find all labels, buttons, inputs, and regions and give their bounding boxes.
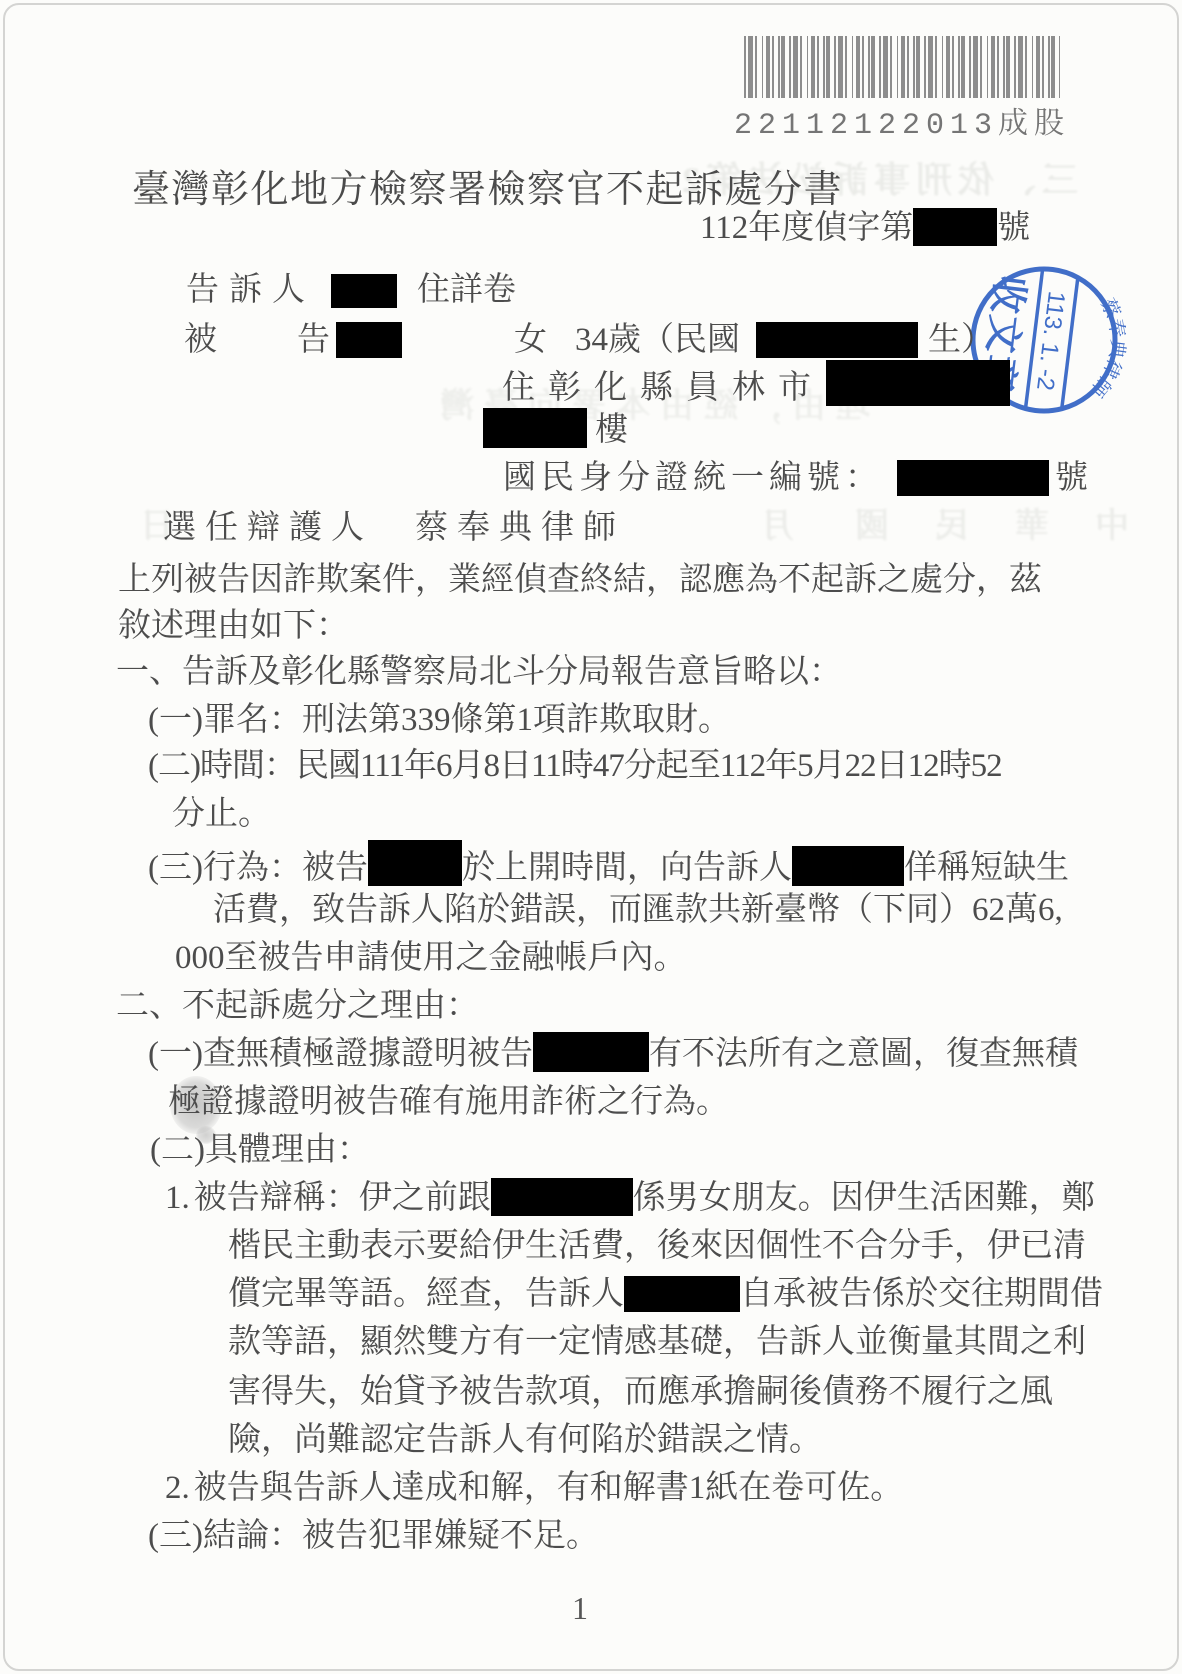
bleed-through-text: 月 bbox=[760, 498, 794, 547]
case-number-line: 112年度偵字第號 bbox=[700, 206, 1030, 250]
text-segment: 楷民主動表示要給伊生活費，後來因個性不合分手，伊已清 bbox=[228, 1228, 1086, 1264]
defendant-address-line: 住彰化縣員林市 bbox=[502, 360, 1010, 410]
text-segment: 活費，致告訴人陷於錯誤，而匯款共新臺幣（下同）62萬6, bbox=[213, 892, 1063, 928]
body-line: 二、不起訴處分之理由： bbox=[116, 984, 479, 1028]
bleed-through-text: 國 bbox=[855, 498, 889, 547]
text-segment: 被告辯稱：伊之前跟 bbox=[194, 1180, 491, 1216]
spacer bbox=[740, 349, 756, 350]
text-segment: 住彰化縣員林市 bbox=[502, 370, 824, 406]
redaction-box bbox=[483, 408, 587, 448]
text-segment: (二)時間：民國111年6月8日11時47分起至112年5月22日12時52 bbox=[148, 748, 1002, 784]
redaction-box bbox=[897, 460, 1049, 496]
text-segment: 112年度偵字第 bbox=[700, 210, 913, 246]
redaction-box bbox=[331, 274, 397, 308]
defendant-line: 被告女34歲（民國生） bbox=[184, 318, 994, 362]
body-line: (一)查無積極證據證明被告有不法所有之意圖，復查無積 bbox=[148, 1032, 1078, 1076]
text-segment: 償完畢等語。經查，告訴人 bbox=[228, 1276, 624, 1312]
text-segment: 樓 bbox=[595, 412, 628, 448]
text-segment: 係男女朋友。因伊生活困難，鄭 bbox=[633, 1180, 1095, 1216]
text-segment: (一)罪名：刑法第339條第1項詐欺取財。 bbox=[148, 702, 731, 738]
text-segment: 被告與告訴人達成和解，有和解書1紙在卷可佐。 bbox=[194, 1470, 904, 1506]
body-line: 極證據證明被告確有施用詐術之行為。 bbox=[168, 1080, 729, 1124]
text-segment: 蔡奉典律師 bbox=[415, 510, 625, 546]
text-segment: 號 bbox=[1055, 460, 1088, 496]
redaction-box bbox=[826, 360, 1010, 406]
text-segment: 被 bbox=[184, 322, 217, 358]
text-segment: 款等語，顯然雙方有一定情感基礎，告訴人並衡量其間之利 bbox=[228, 1324, 1086, 1360]
body-line: 險，尚難認定告訴人有何陷於錯誤之情。 bbox=[228, 1418, 822, 1462]
defendant-address-line-2: 樓 bbox=[483, 408, 628, 452]
text-segment: 害得失，始貸予被告款項，而應承擔嗣後債務不履行之風 bbox=[228, 1374, 1053, 1410]
text-segment: 極證據證明被告確有施用詐術之行為。 bbox=[168, 1084, 729, 1120]
text-segment: 國民身分證統一編號： bbox=[503, 460, 883, 496]
body-line: 活費，致告訴人陷於錯誤，而匯款共新臺幣（下同）62萬6, bbox=[213, 888, 1063, 932]
text-segment: 號 bbox=[997, 210, 1030, 246]
spacer bbox=[402, 349, 514, 350]
barcode-label: 22112122013成股 bbox=[712, 98, 1092, 143]
stamp-arc-text: 蔡奉典律師 bbox=[1085, 293, 1132, 403]
redaction-box bbox=[491, 1178, 633, 1216]
text-segment: 分止。 bbox=[172, 796, 271, 832]
text-segment: 敘述理由如下： bbox=[118, 608, 349, 644]
text-segment: 生） bbox=[928, 322, 994, 358]
spacer bbox=[883, 487, 897, 488]
text-segment: 2. bbox=[165, 1470, 190, 1506]
redaction-box bbox=[533, 1032, 649, 1072]
text-segment: 1. bbox=[165, 1180, 190, 1216]
spacer bbox=[217, 349, 297, 350]
spacer bbox=[373, 537, 415, 538]
text-segment: 女 bbox=[514, 322, 547, 358]
page-number: 1 bbox=[520, 1590, 640, 1627]
body-line: 000至被告申請使用之金融帳戶內。 bbox=[175, 936, 687, 980]
body-line: 敘述理由如下： bbox=[118, 604, 349, 648]
body-line: 2.被告與告訴人達成和解，有和解書1紙在卷可佐。 bbox=[165, 1466, 903, 1510]
text-segment: 於上開時間，向告訴人 bbox=[462, 850, 792, 886]
body-line: (三)行為：被告於上開時間，向告訴人佯稱短缺生 bbox=[148, 840, 1069, 890]
body-line: 一、告訴及彰化縣警察局北斗分局報告意旨略以： bbox=[116, 650, 842, 694]
redaction-box bbox=[624, 1276, 740, 1312]
body-line: (二)時間：民國111年6月8日11時47分起至112年5月22日12時52 bbox=[148, 744, 1002, 788]
text-segment: 上列被告因詐欺案件，業經偵查終結，認應為不起訴之處分，茲 bbox=[118, 562, 1042, 598]
id-number-line: 國民身分證統一編號：號 bbox=[503, 456, 1088, 500]
bleed-through-text: 華 bbox=[1015, 498, 1049, 547]
text-segment: (三)行為：被告 bbox=[148, 850, 368, 886]
body-line: (二)具體理由： bbox=[150, 1128, 370, 1172]
bleed-through-text: 民 bbox=[935, 498, 969, 547]
text-segment: 有不法所有之意圖，復查無積 bbox=[649, 1036, 1078, 1072]
text-segment: 自承被告係於交往期間借 bbox=[740, 1276, 1103, 1312]
text-segment: 告訴人 bbox=[186, 272, 315, 308]
body-line: (三)結論：被告犯罪嫌疑不足。 bbox=[148, 1514, 599, 1558]
document-title: 臺灣彰化地方檢察署檢察官不起訴處分書 bbox=[132, 158, 843, 213]
text-segment: 選任辯護人 bbox=[163, 510, 373, 546]
body-line: 害得失，始貸予被告款項，而應承擔嗣後債務不履行之風 bbox=[228, 1370, 1053, 1414]
text-segment: (一)查無積極證據證明被告 bbox=[148, 1036, 533, 1072]
redaction-box bbox=[756, 322, 918, 358]
bleed-through-text: 中 bbox=[1095, 498, 1129, 547]
spacer bbox=[397, 299, 417, 300]
text-segment: 險，尚難認定告訴人有何陷於錯誤之情。 bbox=[228, 1422, 822, 1458]
text-segment: (二)具體理由： bbox=[150, 1132, 370, 1168]
text-segment: 一、告訴及彰化縣警察局北斗分局報告意旨略以： bbox=[116, 654, 842, 690]
spacer bbox=[918, 349, 928, 350]
body-line: 款等語，顯然雙方有一定情感基礎，告訴人並衡量其間之利 bbox=[228, 1320, 1086, 1364]
spacer bbox=[547, 349, 575, 350]
text-segment: 000至被告申請使用之金融帳戶內。 bbox=[175, 940, 687, 976]
body-line: 楷民主動表示要給伊生活費，後來因個性不合分手，伊已清 bbox=[228, 1224, 1086, 1268]
body-line: (一)罪名：刑法第339條第1項詐欺取財。 bbox=[148, 698, 731, 742]
defense-counsel-line: 選任辯護人蔡奉典律師 bbox=[163, 506, 625, 550]
text-segment: 告 bbox=[297, 322, 330, 358]
complainant-line: 告訴人住詳卷 bbox=[186, 268, 516, 312]
text-segment: 34歲（民國 bbox=[575, 322, 740, 358]
redaction-box bbox=[792, 846, 904, 886]
scanned-document-page: 22112122013成股 臺灣彰化地方檢察署檢察官不起訴處分書 113. 1.… bbox=[0, 0, 1182, 1674]
text-segment: 二、不起訴處分之理由： bbox=[116, 988, 479, 1024]
barcode-bars bbox=[744, 36, 1060, 98]
text-segment: 佯稱短缺生 bbox=[904, 850, 1069, 886]
redaction-box bbox=[368, 840, 462, 886]
body-line: 分止。 bbox=[172, 792, 271, 836]
body-line: 上列被告因詐欺案件，業經偵查終結，認應為不起訴之處分，茲 bbox=[118, 558, 1042, 602]
redaction-box bbox=[336, 322, 402, 358]
spacer bbox=[587, 439, 595, 440]
redaction-box bbox=[913, 208, 997, 246]
body-line: 1.被告辯稱：伊之前跟係男女朋友。因伊生活困難，鄭 bbox=[165, 1176, 1095, 1220]
body-line: 償完畢等語。經查，告訴人自承被告係於交往期間借 bbox=[228, 1272, 1103, 1316]
spacer bbox=[315, 299, 331, 300]
text-segment: 住詳卷 bbox=[417, 272, 516, 308]
text-segment: (三)結論：被告犯罪嫌疑不足。 bbox=[148, 1518, 599, 1554]
